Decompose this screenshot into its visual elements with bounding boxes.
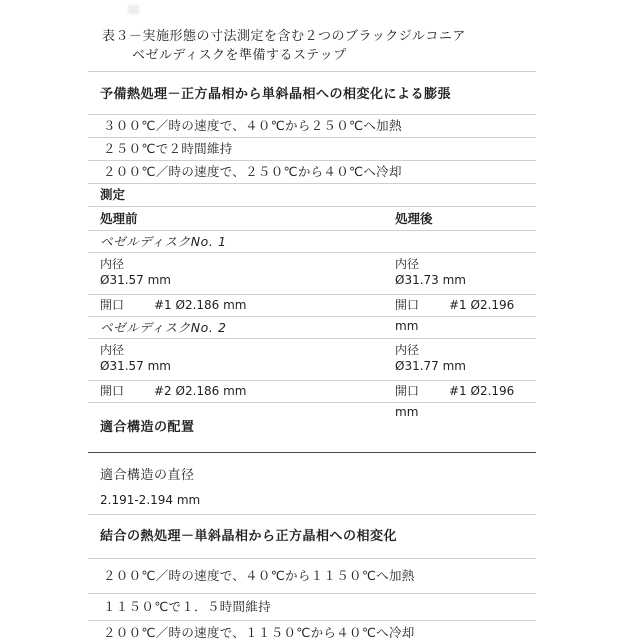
- measurement-column-headers: 処理前 処理後: [88, 207, 536, 230]
- opening-label: 開口: [395, 381, 449, 402]
- bonding-section-header: 結合の熱処理－単斜晶相から正方晶相への相変化: [88, 515, 536, 558]
- inner-diameter-value: Ø31.57 mm: [100, 272, 392, 288]
- disk1-after-opening: 開口#1 Ø2.196 mm: [392, 295, 536, 316]
- opening-label: 開口: [395, 295, 449, 316]
- inner-diameter-value: Ø31.77 mm: [395, 358, 536, 374]
- disk1-inner-diameter-row: 内径 Ø31.57 mm 内径 Ø31.73 mm: [88, 253, 536, 294]
- column-header-before: 処理前: [88, 207, 392, 230]
- measurement-header: 測定: [88, 184, 536, 206]
- patent-table-document: 表３－実施形態の寸法測定を含む２つのブラックジルコニア ベゼルディスクを準備する…: [88, 0, 536, 640]
- opening-value: #2 Ø2.186 mm: [154, 384, 247, 398]
- opening-label: 開口: [100, 295, 154, 316]
- fitting-structure-body: 適合構造の直径 2.191-2.194 mm: [88, 453, 536, 514]
- disk1-after-inner-diameter: 内径 Ø31.73 mm: [392, 253, 536, 294]
- column-header-after: 処理後: [392, 207, 536, 230]
- preheat-section-header: 予備熱処理－正方晶相から単斜晶相への相変化による膨張: [88, 72, 536, 114]
- inner-diameter-label: 内径: [395, 253, 536, 272]
- bonding-step-row: ２００℃／時の速度で、１１５０℃から４０℃へ冷却: [88, 621, 536, 640]
- bonding-step-row: ２００℃／時の速度で、４０℃から１１５０℃へ加熱: [88, 559, 536, 593]
- disk1-before-opening: 開口#1 Ø2.186 mm: [88, 295, 392, 316]
- inner-diameter-value: Ø31.57 mm: [100, 358, 392, 374]
- inner-diameter-label: 内径: [100, 339, 392, 358]
- disk2-before-opening: 開口#2 Ø2.186 mm: [88, 381, 392, 402]
- fitting-structure-header: 適合構造の配置: [88, 403, 536, 452]
- preheat-step-row: ３００℃／時の速度で、４０℃から２５０℃へ加熱: [88, 115, 536, 137]
- inner-diameter-label: 内径: [395, 339, 536, 358]
- table-title-line1: 表３－実施形態の寸法測定を含む２つのブラックジルコニア: [88, 27, 536, 46]
- preheat-step-row: ２５０℃で２時間維持: [88, 138, 536, 160]
- disk2-after-opening: 開口#1 Ø2.196 mm: [392, 381, 536, 402]
- disk2-after-inner-diameter: 内径 Ø31.77 mm: [392, 339, 536, 380]
- inner-diameter-value: Ø31.73 mm: [395, 272, 536, 288]
- inner-diameter-label: 内径: [100, 253, 392, 272]
- disk2-opening-row: 開口#2 Ø2.186 mm 開口#1 Ø2.196 mm: [88, 381, 536, 402]
- disk2-before-inner-diameter: 内径 Ø31.57 mm: [88, 339, 392, 380]
- disk1-opening-row: 開口#1 Ø2.186 mm 開口#1 Ø2.196 mm: [88, 295, 536, 316]
- table-title: 表３－実施形態の寸法測定を含む２つのブラックジルコニア ベゼルディスクを準備する…: [88, 0, 536, 71]
- fitting-diameter-label: 適合構造の直径: [100, 468, 536, 484]
- disk1-name: ベゼルディスクNo. 1: [88, 231, 536, 252]
- opening-value: #1 Ø2.186 mm: [154, 298, 247, 312]
- preheat-step-row: ２００℃／時の速度で、２５０℃から４０℃へ冷却: [88, 161, 536, 183]
- bonding-step-row: １１５０℃で１．５時間維持: [88, 594, 536, 620]
- table-title-line2: ベゼルディスクを準備するステップ: [88, 46, 536, 71]
- disk2-name: ベゼルディスクNo. 2: [88, 317, 536, 338]
- disk2-inner-diameter-row: 内径 Ø31.57 mm 内径 Ø31.77 mm: [88, 339, 536, 380]
- fitting-diameter-value: 2.191-2.194 mm: [100, 493, 536, 508]
- disk1-before-inner-diameter: 内径 Ø31.57 mm: [88, 253, 392, 294]
- opening-label: 開口: [100, 381, 154, 402]
